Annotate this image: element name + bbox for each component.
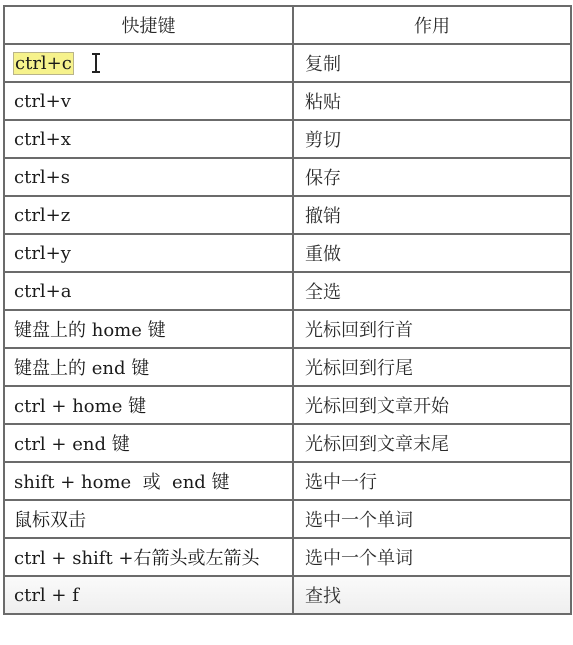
table-row: 键盘上的 end 键 光标回到行尾 [4,348,571,386]
shortcut-cell[interactable]: ctrl+v [4,82,293,120]
table-row: ctrl+s 保存 [4,158,571,196]
table-row: shift + home 或 end 键 选中一行 [4,462,571,500]
effect-cell[interactable]: 复制 [293,44,571,82]
shortcut-table: 快捷键 作用 ctrl+c 复制 ctrl+v 粘贴 ctrl+x 剪切 ctr… [3,5,572,615]
shortcut-cell[interactable]: ctrl+a [4,272,293,310]
shortcut-cell[interactable]: ctrl + home 键 [4,386,293,424]
shortcut-cell[interactable]: ctrl+y [4,234,293,272]
table-row: ctrl+c 复制 [4,44,571,82]
table-row: ctrl+v 粘贴 [4,82,571,120]
shortcut-cell[interactable]: 键盘上的 home 键 [4,310,293,348]
effect-cell[interactable]: 选中一个单词 [293,500,571,538]
shortcut-cell[interactable]: 键盘上的 end 键 [4,348,293,386]
effect-cell[interactable]: 重做 [293,234,571,272]
effect-cell[interactable]: 撤销 [293,196,571,234]
effect-cell[interactable]: 保存 [293,158,571,196]
shortcut-cell[interactable]: ctrl + f [4,576,293,614]
table-header-row: 快捷键 作用 [4,6,571,44]
table-row: ctrl + shift +右箭头或左箭头 选中一个单词 [4,538,571,576]
table-row: ctrl + end 键 光标回到文章末尾 [4,424,571,462]
shortcut-cell[interactable]: ctrl + end 键 [4,424,293,462]
effect-cell[interactable]: 剪切 [293,120,571,158]
table-row: ctrl+z 撤销 [4,196,571,234]
shortcut-cell[interactable]: ctrl+x [4,120,293,158]
table-row: 鼠标双击 选中一个单词 [4,500,571,538]
header-shortcut: 快捷键 [4,6,293,44]
effect-cell[interactable]: 全选 [293,272,571,310]
effect-cell[interactable]: 选中一行 [293,462,571,500]
shortcut-cell[interactable]: 鼠标双击 [4,500,293,538]
text-cursor-icon [92,53,100,73]
effect-cell[interactable]: 光标回到文章末尾 [293,424,571,462]
shortcut-cell[interactable]: ctrl+z [4,196,293,234]
table-row: ctrl + home 键 光标回到文章开始 [4,386,571,424]
effect-cell[interactable]: 查找 [293,576,571,614]
table-row: ctrl+a 全选 [4,272,571,310]
selected-text[interactable]: ctrl+c [13,52,74,75]
document-page: 快捷键 作用 ctrl+c 复制 ctrl+v 粘贴 ctrl+x 剪切 ctr… [0,0,573,645]
effect-cell[interactable]: 光标回到行尾 [293,348,571,386]
shortcut-cell[interactable]: ctrl+c [4,44,293,82]
shortcut-cell[interactable]: ctrl + shift +右箭头或左箭头 [4,538,293,576]
header-effect: 作用 [293,6,571,44]
table-row: 键盘上的 home 键 光标回到行首 [4,310,571,348]
table-row: ctrl+y 重做 [4,234,571,272]
shortcut-cell[interactable]: ctrl+s [4,158,293,196]
effect-cell[interactable]: 光标回到文章开始 [293,386,571,424]
table-row: ctrl+x 剪切 [4,120,571,158]
effect-cell[interactable]: 选中一个单词 [293,538,571,576]
shortcut-cell[interactable]: shift + home 或 end 键 [4,462,293,500]
effect-cell[interactable]: 粘贴 [293,82,571,120]
table-row: ctrl + f 查找 [4,576,571,614]
effect-cell[interactable]: 光标回到行首 [293,310,571,348]
